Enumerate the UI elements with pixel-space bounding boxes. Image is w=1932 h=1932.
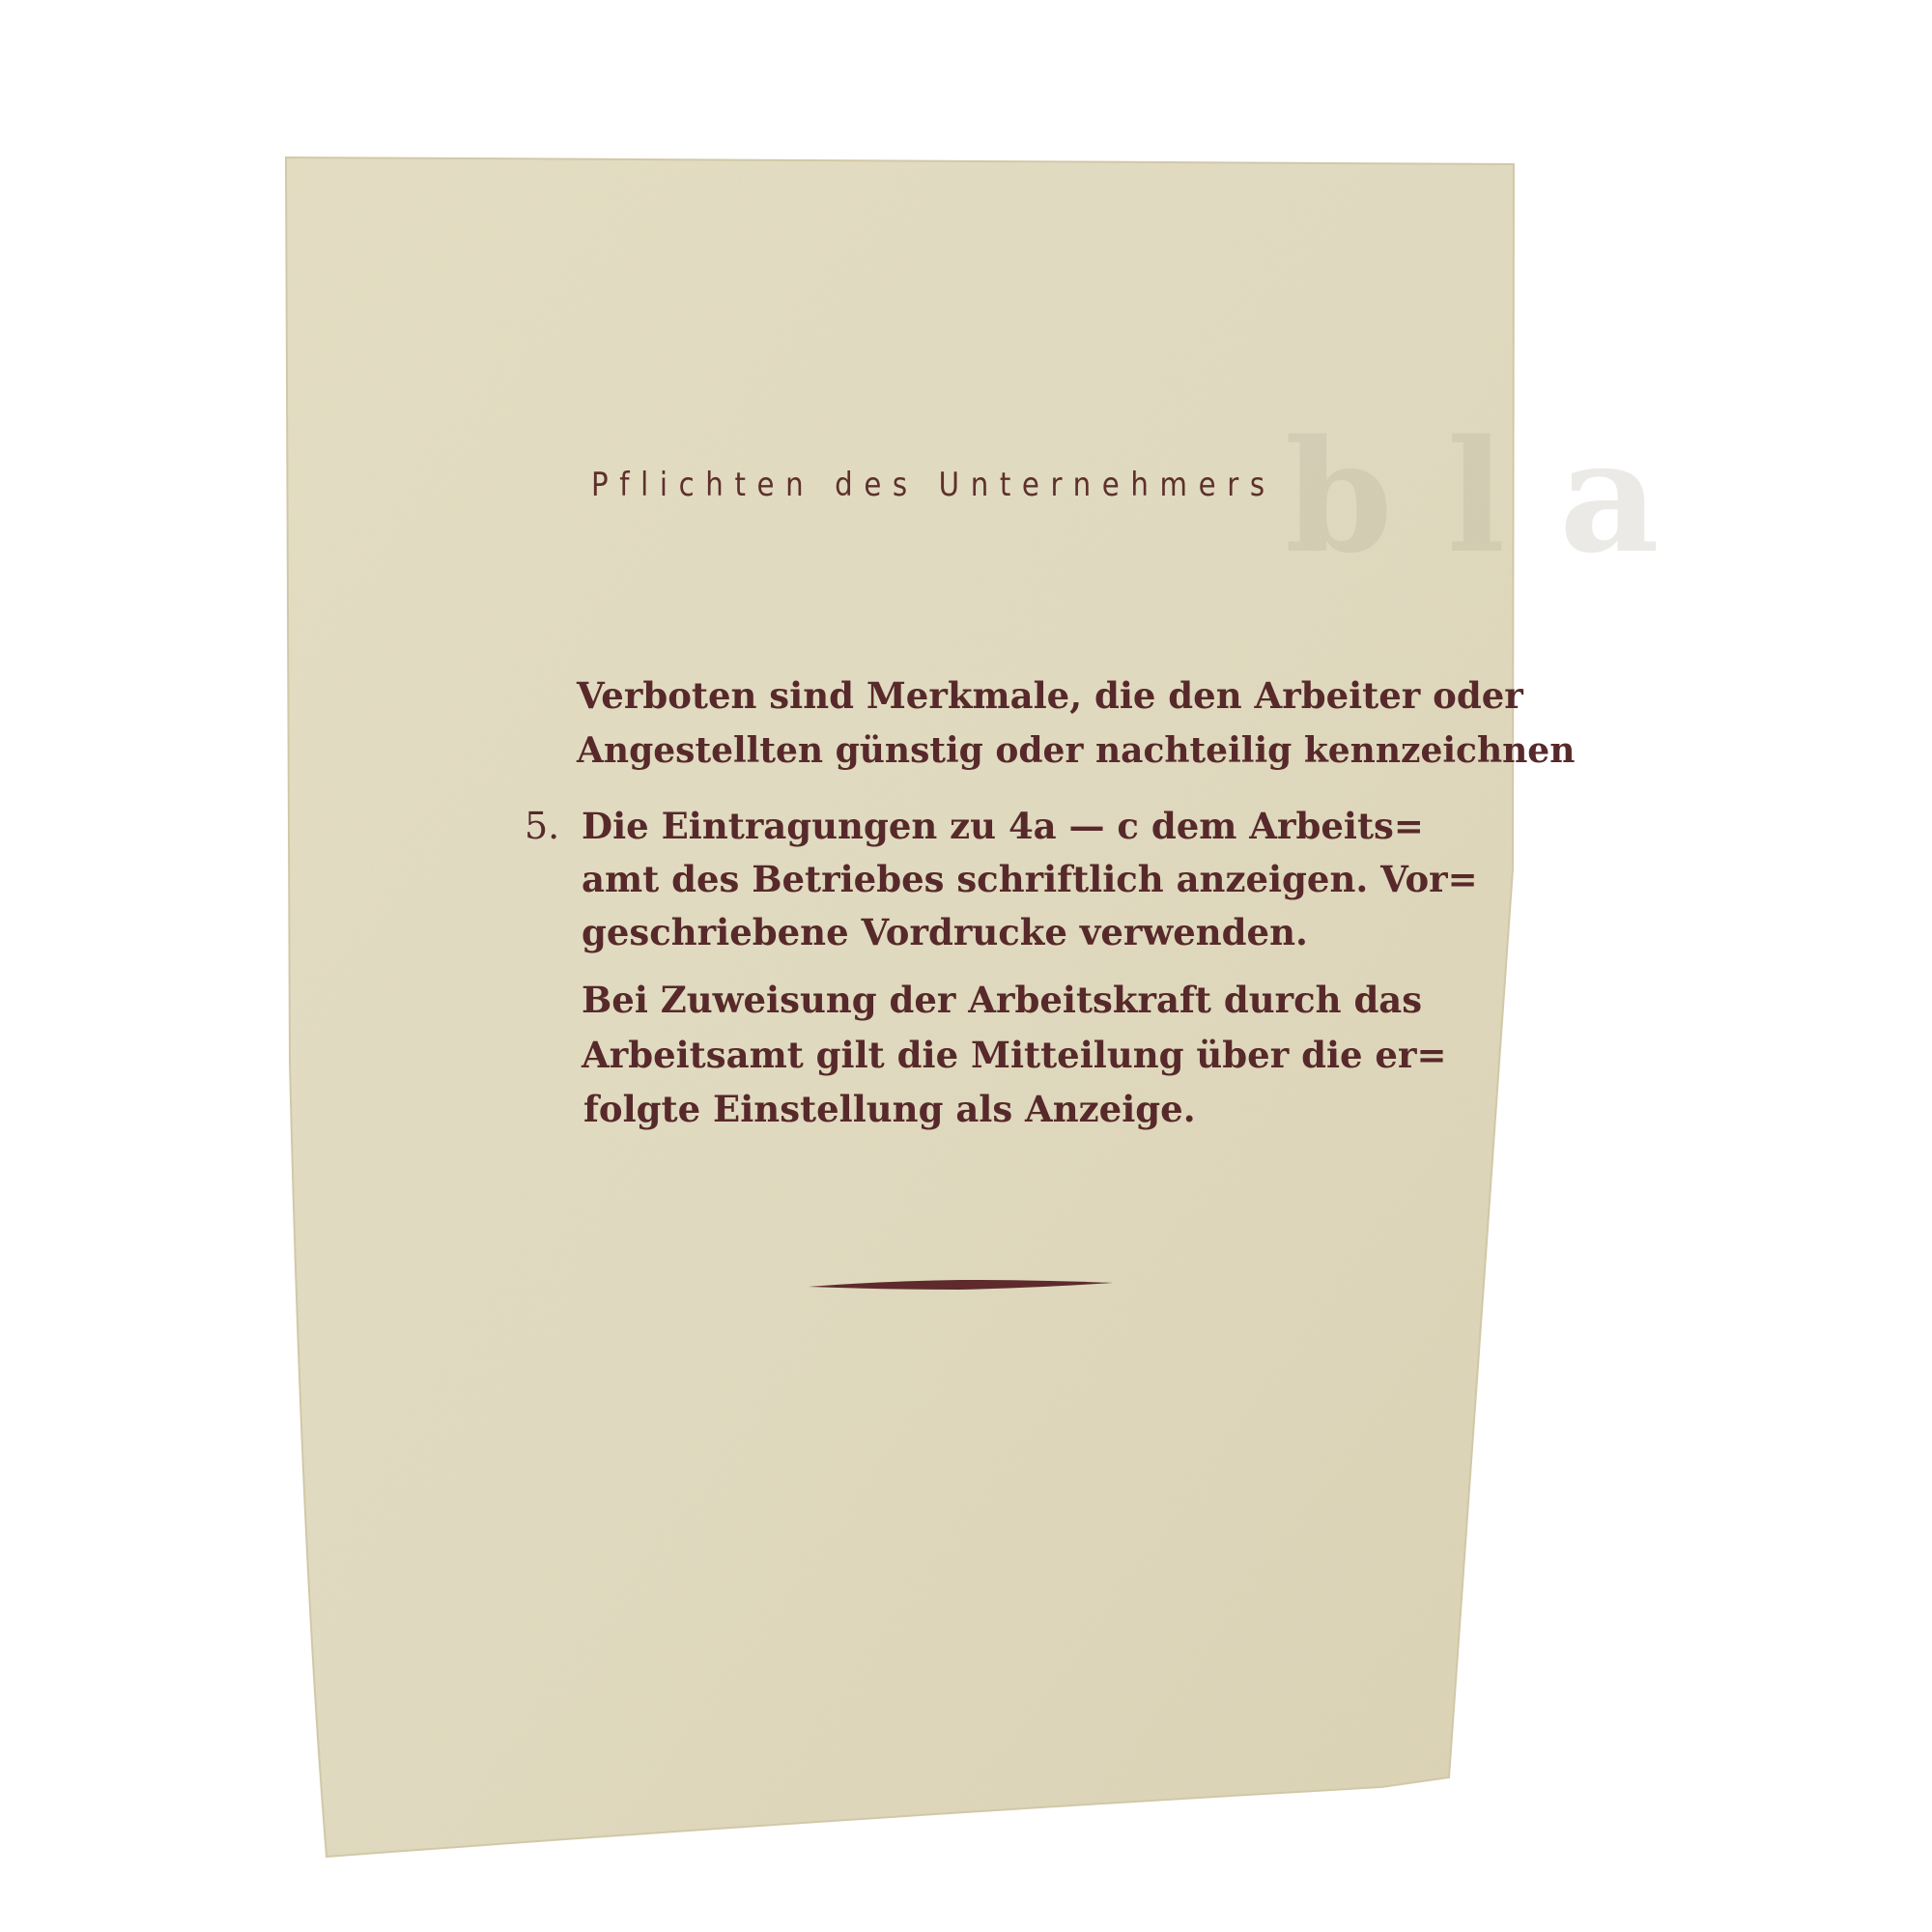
paragraph-line: Verboten sind Merkmale, die den Arbeiter…: [577, 671, 1403, 720]
item-number: 5.: [525, 802, 559, 850]
paragraph-line: geschriebene Vordrucke verwenden.: [582, 908, 1308, 956]
paragraph-line: Arbeitsamt gilt die Mitteilung über die …: [582, 1031, 1401, 1079]
paragraph-line: Bei Zuweisung der Arbeitskraft durch das: [582, 976, 1401, 1024]
paragraph-line: amt des Betriebes schriftlich anzeigen. …: [582, 855, 1403, 903]
bleed-through-text: b l a: [1285, 406, 1660, 587]
ornamental-rule: [809, 1278, 1113, 1292]
page-title: Pflichten des Unternehmers: [591, 466, 1239, 504]
page-content: b l a Pflichten des Unternehmers Verbote…: [0, 0, 1932, 1932]
photo-stage: b l a Pflichten des Unternehmers Verbote…: [0, 0, 1932, 1932]
paragraph-line: Angestellten günstig oder nachteilig ken…: [577, 726, 1403, 775]
paragraph-line: Die Eintragungen zu 4a — c dem Arbeits=: [582, 802, 1403, 850]
paragraph-line: folgte Einstellung als Anzeige.: [583, 1085, 1196, 1133]
